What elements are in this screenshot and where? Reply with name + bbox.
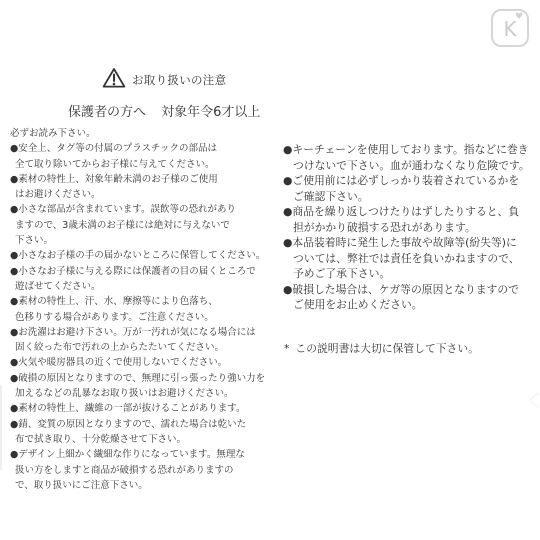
care-item: ●素材の特性上、繊維の一部が抜けることがあります。 <box>10 401 278 416</box>
warning-triangle-icon <box>102 67 126 93</box>
care-item: ●お洗濯はお避け下さい。万が一汚れが気になる場合には固く絞った布で汚れの上からた… <box>10 325 278 356</box>
care-item: ●錆、変質の原因となりますので、濡れた場合は乾いた布で拭き取り、十分乾燥させて下… <box>10 417 278 448</box>
brand-logo: K ♥ <box>491 9 529 47</box>
care-item-text: 小さなお子様の手の届かないところに保管してください。 <box>18 250 265 261</box>
bullet-icon: ● <box>283 205 292 218</box>
bullet-icon: ● <box>283 236 292 249</box>
header: お取り扱いの注意 <box>102 67 226 93</box>
care-item-text: 商品を繰り返しつけたりはずしたりすると、負担がかかり破損する恐れがあります。 <box>292 205 519 234</box>
care-item: ●商品を繰り返しつけたりはずしたりすると、負担がかかり破損する恐れがあります。 <box>283 204 539 235</box>
care-item-text: 小さな部品が含まれています。誤飲等の恐れがありますので、3歳未満のお子様には絶対… <box>15 204 236 246</box>
care-item-text: 錆、変質の原因となりますので、濡れた場合は乾いた布で拭き取り、十分乾燥させて下さ… <box>15 419 246 445</box>
care-item-text: キーチェーンを使用しております。指などに巻きつけないで下さい。血が通わなくなり危… <box>292 143 529 172</box>
care-item: ●火気や暖房器具の近くで使用しないでください。 <box>10 355 278 370</box>
care-item: ●デザイン上細かく繊細な作りになっています。無理な扱い方をしますと商品が破損する… <box>10 447 278 493</box>
care-item-text: 火気や暖房器具の近くで使用しないでください。 <box>18 357 227 368</box>
care-item: ●素材の特性上、汗、水、摩擦等により色落ち、色移りする場合があります。ご注意くだ… <box>10 294 278 325</box>
care-item: ●キーチェーンを使用しております。指などに巻きつけないで下さい。血が通わなくなり… <box>283 142 539 173</box>
right-column: ●キーチェーンを使用しております。指などに巻きつけないで下さい。血が通わなくなり… <box>283 142 539 313</box>
care-item: ●破損の原因となりますので、無理に引っ張ったり強い力を加えるなどの乱暴なお取り扱… <box>10 371 278 402</box>
care-item-text: 破損の原因となりますので、無理に引っ張ったり強い力を加えるなどの乱暴なお取り扱い… <box>15 373 265 399</box>
care-item: ●破損した場合は、ケガ等の原因となりますのでご使用をお止めください。 <box>283 282 539 313</box>
target-age-label: 対象年令6才以上 <box>161 105 260 120</box>
left-column: 必ずお読み下さい。 ●安全上、タグ等の付属のプラスチックの部品は全て取り除いてか… <box>10 126 278 493</box>
care-item: ●小さなお子様の手の届かないところに保管してください。 <box>10 248 278 263</box>
care-item-text: 安全上、タグ等の付属のプラスチックの部品は全て取り除いてからお子様に与えてくださ… <box>15 143 217 169</box>
care-item: ●小さなお子様に与える際には保護者の目の届くところで遊ばせてください。 <box>10 264 278 295</box>
care-item: ●小さな部品が含まれています。誤飲等の恐れがありますので、3歳未満のお子様には絶… <box>10 202 278 248</box>
bullet-icon: ● <box>283 143 292 156</box>
page-title: お取り扱いの注意 <box>132 72 226 88</box>
bullet-icon: ● <box>283 174 292 187</box>
bullet-icon: ● <box>283 283 292 296</box>
care-item-text: 小さなお子様に与える際には保護者の目の届くところで遊ばせてください。 <box>15 266 256 292</box>
care-item-text: 素材の特性上、汗、水、摩擦等により色落ち、色移りする場合があります。ご注意くださ… <box>15 296 218 322</box>
care-item: ●素材の特性上、対象年齢未満のお子様のご使用はお避けください。 <box>10 172 278 203</box>
guardian-label: 保護者の方へ <box>68 105 146 120</box>
care-item: ●安全上、タグ等の付属のプラスチックの部品は全て取り除いてからお子様に与えてくだ… <box>10 141 278 172</box>
read-first-line: 必ずお読み下さい。 <box>10 126 278 141</box>
asterisk-marker: * <box>284 342 289 355</box>
care-item-text: デザイン上細かく繊細な作りになっています。無理な扱い方をしますと商品が破損する恐… <box>15 449 245 491</box>
care-instructions-leaflet: K ♥ お取り扱いの注意 保護者の方へ 対象年令6才以上 必ずお読み下さい。 ●… <box>0 0 540 540</box>
care-item-text: ご使用前には必ずしっかり装着されているかをご確認下さい。 <box>292 174 519 203</box>
subheader: 保護者の方へ 対象年令6才以上 <box>68 101 260 120</box>
scan-artifact-left-edge <box>0 385 2 470</box>
care-item: ●本品装着時に発生した事故や故障等(紛失等)については、弊社では責任を負いかねま… <box>283 235 539 282</box>
heart-icon: ♥ <box>515 12 523 22</box>
care-item-text: 本品装着時に発生した事故や故障等(紛失等)については、弊社では責任を負いかねます… <box>292 236 519 280</box>
care-item-text: 破損した場合は、ケガ等の原因となりますのでご使用をお止めください。 <box>292 283 519 312</box>
care-item-text: 素材の特性上、繊維の一部が抜けることがあります。 <box>18 403 245 414</box>
care-item: ●ご使用前には必ずしっかり装着されているかをご確認下さい。 <box>283 173 539 204</box>
care-item-text: 素材の特性上、対象年齢未満のお子様のご使用はお避けください。 <box>15 174 218 200</box>
scan-artifact-bottom-right <box>531 401 540 408</box>
keep-manual-text: この説明書は大切に保管して下さい。 <box>295 342 479 355</box>
scan-artifact-bottom-right <box>529 392 539 400</box>
keep-manual-note: *この説明書は大切に保管して下さい。 <box>284 341 479 356</box>
care-item-text: お洗濯はお避け下さい。万が一汚れが気になる場合には固く絞った布で汚れの上からたた… <box>15 327 256 353</box>
